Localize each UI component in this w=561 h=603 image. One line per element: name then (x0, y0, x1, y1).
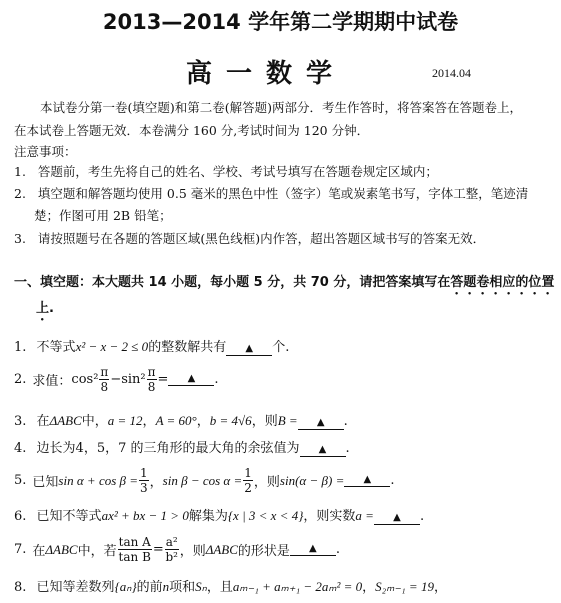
note-item-3: 3. 请按照题号在各题的答题区域(黑色线框)内作答，超出答题区域书写的答案无效． (14, 229, 485, 247)
question-text: 已知不等式 (37, 509, 102, 524)
question-text: 在 (32, 540, 45, 559)
exam-subject: 高一数学 (186, 53, 346, 90)
math-expression: aₘ₋₁ + aₘ₊₁ − 2aₘ² = 0 (233, 579, 362, 594)
answer-blank: ▲ (298, 417, 344, 430)
denominator: 8 (148, 380, 156, 394)
question-3: 3. 在ΔABC中，a = 12，A = 60°，b = 4√6，则B =▲. (14, 410, 348, 430)
question-text: ，则 (180, 540, 206, 559)
question-text: 的形状是 (238, 540, 290, 559)
section-title-emphasis: 答题卷相应的位置 (450, 275, 554, 290)
question-1: 1. 不等式x² − x − 2 ≤ 0的整数解共有▲个. (14, 336, 289, 356)
math-expression: ΔABC (206, 542, 238, 558)
section-title-period: . (49, 301, 54, 316)
fraction: 12 (243, 466, 253, 495)
question-text: 求值： (32, 370, 71, 389)
question-text: . (346, 441, 350, 456)
numerator: tan A (118, 535, 152, 550)
triangle-marker-icon: ▲ (188, 373, 196, 384)
question-number: 7. (14, 542, 26, 557)
question-number: 3. (14, 414, 26, 429)
math-expression: ax² + bx − 1 > 0 (102, 508, 189, 523)
question-text: ，则 (252, 414, 278, 429)
question-text: . (336, 542, 340, 557)
answer-blank: ▲ (374, 512, 420, 525)
note-item-1: 1. 答题前，考生先将自己的姓名、学校、考试号填写在答题卷规定区域内； (14, 162, 438, 180)
section-title-cont: 上. (36, 297, 54, 324)
triangle-marker-icon: ▲ (319, 444, 327, 455)
question-7: 7. 在 ΔABC 中，若 tan Atan B = a²b² ，则 ΔABC … (14, 535, 340, 564)
question-text: 边长为4，5，7 的三角形的最大角的余弦值为 (37, 441, 300, 456)
question-text: 个. (272, 340, 289, 355)
question-text: . (420, 509, 424, 524)
math-expression: = (158, 372, 169, 387)
numerator: π (147, 365, 157, 380)
question-text: 不等式 (37, 340, 76, 355)
question-text: 的整数解共有 (148, 340, 226, 355)
note-number: 1. (14, 164, 26, 179)
fraction: π8 (99, 365, 109, 394)
math-expression: a = (355, 508, 374, 523)
denominator: 8 (101, 380, 109, 394)
exam-date: 2014.04 (432, 66, 471, 81)
question-text: 的前 (137, 580, 163, 595)
math-expression: = (153, 542, 164, 557)
math-expression: sin β − cos α = (163, 473, 243, 489)
question-text: 中，若 (78, 540, 117, 559)
question-text: . (214, 372, 218, 387)
section-title-emphasis: 上 (36, 301, 49, 316)
triangle-marker-icon: ▲ (393, 512, 401, 523)
math-expression: A = 60° (156, 413, 197, 428)
denominator: tan B (119, 550, 151, 564)
question-8: 8. 已知等差数列{aₙ}的前n项和Sₙ，且aₘ₋₁ + aₘ₊₁ − 2aₘ²… (14, 576, 447, 595)
note-item-2: 2. 填空题和解答题均使用 0.5 毫米的黑色中性（签字）笔或炭素笔书写，字体工… (14, 184, 528, 202)
question-number: 5. (14, 473, 26, 488)
question-text: 已知 (32, 471, 58, 490)
fraction: a²b² (165, 535, 179, 564)
question-text: ， (434, 580, 447, 595)
question-6: 6. 已知不等式ax² + bx − 1 > 0解集为{x | 3 < x < … (14, 505, 424, 525)
answer-blank: ▲ (344, 474, 390, 487)
math-expression: ΔABC (45, 542, 77, 558)
triangle-marker-icon: ▲ (364, 474, 372, 485)
numerator: 1 (243, 466, 253, 481)
denominator: 2 (244, 481, 252, 495)
answer-blank: ▲ (300, 444, 346, 457)
question-text: 已知等差数列 (37, 580, 115, 595)
note-text: 填空题和解答题均使用 0.5 毫米的黑色中性（签字）笔或炭素笔书写，字体工整，笔… (38, 186, 528, 201)
math-expression: {aₙ} (115, 579, 137, 594)
fraction: tan Atan B (118, 535, 152, 564)
math-expression: ΔABC (50, 413, 82, 428)
note-number: 3. (14, 231, 26, 246)
question-text: 在 (37, 414, 50, 429)
answer-blank: ▲ (290, 543, 336, 556)
question-number: 2. (14, 372, 26, 387)
question-number: 4. (14, 441, 26, 456)
math-expression: B = (278, 413, 298, 428)
math-expression: S₂ₘ₋₁ = 19 (375, 579, 434, 594)
question-text: ，且 (207, 580, 233, 595)
notes-heading: 注意事项： (14, 142, 77, 160)
question-5: 5. 已知 sin α + cos β = 13， sin β − cos α … (14, 466, 395, 495)
math-expression: Sₙ (195, 579, 207, 594)
math-expression: cos² (71, 372, 98, 387)
note-number: 2. (14, 186, 26, 201)
question-2: 2. 求值： cos² π8 −sin² π8 = ▲. (14, 365, 219, 394)
question-number: 1. (14, 340, 26, 355)
numerator: 1 (139, 466, 149, 481)
fraction: 13 (139, 466, 149, 495)
triangle-marker-icon: ▲ (309, 543, 317, 554)
question-4: 4. 边长为4，5，7 的三角形的最大角的余弦值为▲. (14, 437, 350, 457)
triangle-marker-icon: ▲ (245, 343, 253, 354)
question-number: 8. (14, 580, 26, 595)
question-text: 中， (82, 414, 108, 429)
note-text: 答题前，考生先将自己的姓名、学校、考试号填写在答题卷规定区域内； (38, 164, 438, 179)
math-expression: −sin² (110, 372, 145, 387)
math-expression: {x | 3 < x < 4} (228, 508, 304, 523)
question-text: ，则实数 (303, 509, 355, 524)
section-title: 一、填空题：本大题共 14 小题，每小题 5 分，共 70 分，请把答案填写在答… (14, 271, 554, 298)
math-expression: b = 4√6 (210, 413, 252, 428)
math-expression: a = 12 (108, 413, 143, 428)
numerator: π (99, 365, 109, 380)
triangle-marker-icon: ▲ (317, 417, 325, 428)
denominator: b² (165, 550, 178, 564)
math-expression: sin(α − β) = (280, 473, 344, 489)
math-expression: x² − x − 2 ≤ 0 (76, 339, 149, 354)
question-text: 项和 (169, 580, 195, 595)
exam-title: 2013—2014 学年第二学期期中试卷 (0, 6, 561, 36)
question-text: . (390, 473, 394, 488)
note-item-2-cont: 楚；作图可用 2B 铅笔； (34, 206, 172, 224)
question-text: 解集为 (189, 509, 228, 524)
intro-line-2: 在本试卷上答题无效．本卷满分 160 分,考试时间为 120 分钟． (14, 121, 369, 139)
section-title-text: 一、填空题：本大题共 14 小题，每小题 5 分，共 70 分，请把答案填写在 (14, 275, 450, 290)
fraction: π8 (147, 365, 157, 394)
denominator: 3 (140, 481, 148, 495)
question-number: 6. (14, 509, 26, 524)
answer-blank: ▲ (168, 373, 214, 386)
note-text: 请按照题号在各题的答题区域(黑色线框)内作答，超出答题区域书写的答案无效． (38, 231, 485, 246)
numerator: a² (165, 535, 179, 550)
question-text: ，则 (254, 471, 280, 490)
intro-line-1: 本试卷分第一卷(填空题)和第二卷(解答题)两部分．考生作答时，将答案答在答题卷上… (40, 98, 522, 116)
question-text: . (344, 414, 348, 429)
answer-blank: ▲ (226, 343, 272, 356)
math-expression: sin α + cos β = (58, 473, 138, 489)
